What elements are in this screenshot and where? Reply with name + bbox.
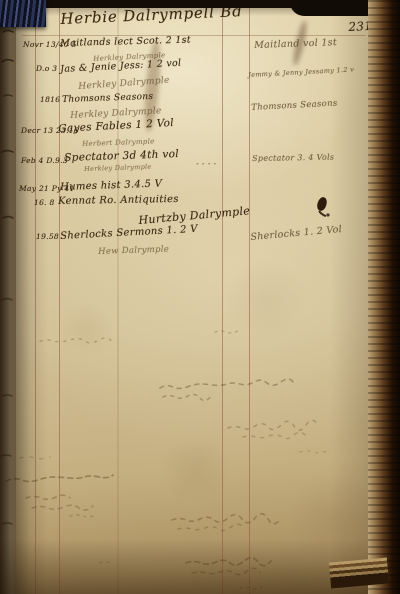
- entry-date: 16. 8: [34, 198, 55, 207]
- entry-date: 19.58: [36, 232, 59, 241]
- entry-date: Feb 4 D.9.3: [21, 156, 68, 165]
- entry-date: 1816: [40, 95, 60, 104]
- ruled-line-note-col: [249, 0, 250, 594]
- entry-return-note: Spectator 3. 4 Vols: [252, 153, 334, 163]
- entry-title: Kennat Ro. Antiquities: [58, 194, 179, 207]
- ruled-line-mid: [222, 0, 223, 594]
- entry-date: D.o 3: [36, 64, 57, 73]
- marbled-corner: [0, 0, 46, 27]
- ruled-line-margin: [35, 0, 36, 594]
- page-corner-fan: [329, 558, 389, 589]
- ledger-scan: Herbie Dalrympell Bd 231 Novr 13/40 5 Ma…: [0, 0, 400, 594]
- header-rule: [22, 35, 366, 36]
- paper-mottling: [16, 0, 372, 594]
- ruled-line-date-col: [59, 0, 60, 594]
- page-stack-edge: [368, 0, 400, 594]
- entry-dashes: - - - -: [196, 159, 217, 168]
